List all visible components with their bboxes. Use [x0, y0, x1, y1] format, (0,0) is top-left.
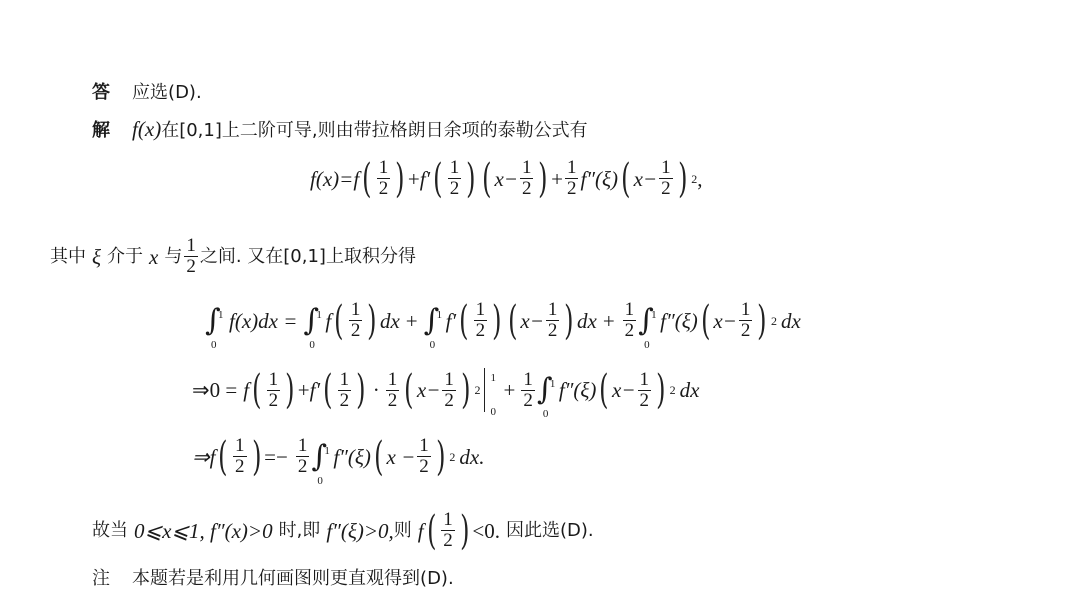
dx: dx [680, 378, 700, 402]
dx: dx [380, 309, 400, 333]
paren-close: ) [539, 159, 548, 199]
exponent: 2 [474, 378, 480, 402]
fraction-half: 12 [184, 236, 198, 277]
numerator: 1 [377, 158, 391, 179]
note-line: 注 本题若是利用几何画图则更直观得到(D). [92, 566, 454, 591]
integral-equation: ∫10 f(x)dx = ∫10 f ( 12 ) dx + ∫10 f′ ( … [205, 300, 801, 341]
fraction-half: 12 [296, 436, 310, 477]
upper-limit: 1 [324, 436, 330, 466]
paren-close: ) [757, 301, 766, 341]
upper-limit: 1 [651, 300, 657, 330]
dx: dx [781, 309, 801, 333]
fraction-half: 12 [267, 370, 281, 411]
x-minus: x− [634, 167, 658, 191]
denominator: 2 [546, 321, 560, 341]
paren-close: ) [460, 511, 469, 551]
lhs-integrand: f(x)dx = [229, 309, 297, 333]
denominator: 2 [417, 457, 431, 477]
solution-intro-text: 在[0,1]上二阶可导,则由带拉格朗日余项的泰勒公式有 [161, 120, 587, 141]
numerator: 1 [565, 158, 579, 179]
plus: + [551, 167, 563, 191]
denominator: 2 [377, 179, 391, 199]
paren-open: ( [374, 437, 383, 477]
upper-limit: 1 [490, 366, 496, 390]
fraction-half: 12 [417, 436, 431, 477]
numerator: 1 [386, 370, 400, 391]
denominator: 2 [739, 321, 753, 341]
paren-open: ( [427, 511, 436, 551]
numerator: 1 [474, 300, 488, 321]
lower-limit: 0 [317, 466, 323, 496]
fraction-half: 12 [448, 158, 462, 199]
numerator: 1 [448, 158, 462, 179]
paren-close: ) [356, 370, 365, 410]
exponent: 2 [449, 445, 455, 469]
denominator: 2 [184, 257, 198, 277]
numerator: 1 [338, 370, 352, 391]
text-ze: 则 [394, 519, 412, 543]
numerator: 1 [442, 370, 456, 391]
numerator: 1 [521, 370, 535, 391]
fraction-half: 12 [521, 370, 535, 411]
paren-open: ( [701, 301, 710, 341]
fdouble-xi: f″(ξ) [660, 309, 698, 333]
paren-open: ( [404, 370, 413, 410]
x-minus: x− [520, 309, 544, 333]
paren-close: ) [367, 301, 376, 341]
fraction-half: 12 [474, 300, 488, 341]
fprime-symbol: f′ [446, 309, 456, 333]
fraction-half: 12 [623, 300, 637, 341]
lower-limit: 0 [211, 330, 217, 360]
lower-limit: 0 [430, 330, 436, 360]
numerator: 1 [623, 300, 637, 321]
implies-line-2: ⇒f ( 12 ) =− 12 ∫10 f″(ξ) ( x − 12 )2 dx… [192, 436, 484, 477]
taylor-lhs: f(x)= [310, 167, 353, 191]
lower-limit: 0 [644, 330, 650, 360]
denominator: 2 [386, 391, 400, 411]
x-minus: x− [417, 378, 441, 402]
comma: , [697, 167, 702, 191]
numerator: 1 [417, 436, 431, 457]
answer-line: 答 应选(D). [92, 80, 202, 105]
paren-close: ) [436, 437, 445, 477]
numerator: 1 [739, 300, 753, 321]
solution-intro: 解 f(x)在[0,1]上二阶可导,则由带拉格朗日余项的泰勒公式有 [92, 117, 588, 143]
numerator: 1 [546, 300, 560, 321]
denominator: 2 [448, 179, 462, 199]
plus: + [406, 309, 418, 333]
upper-limit: 1 [218, 300, 224, 330]
numerator: 1 [296, 436, 310, 457]
fdouble-xi: f″(ξ) [333, 445, 371, 469]
numerator: 1 [349, 300, 363, 321]
text-qizhong: 其中 [50, 245, 86, 269]
denominator: 2 [623, 321, 637, 341]
integral-sign: ∫10 [311, 442, 329, 472]
taylor-formula: f(x)= f ( 12 ) + f′ ( 12 ) ( x− 12 ) + 1… [310, 158, 702, 199]
x-minus: x− [713, 309, 737, 333]
plus: + [298, 378, 310, 402]
integral-sign: ∫10 [303, 306, 321, 336]
dx: dx [577, 309, 597, 333]
fdouble-xi: f″(ξ) [559, 378, 597, 402]
text-choose-d: 因此选(D). [506, 519, 594, 543]
fraction-half: 12 [520, 158, 534, 199]
f-symbol: f [243, 378, 249, 402]
upper-limit: 1 [437, 300, 443, 330]
paren-open: ( [219, 437, 228, 477]
numerator: 1 [659, 158, 673, 179]
dot: · [373, 378, 380, 402]
paren-close: ) [656, 370, 665, 410]
text-gudang: 故当 [92, 519, 128, 543]
fraction-half: 12 [386, 370, 400, 411]
fraction-half: 12 [546, 300, 560, 341]
fraction-half: 12 [338, 370, 352, 411]
integral-sign: ∫10 [638, 306, 656, 336]
denominator: 2 [441, 531, 455, 551]
paren-close: ) [678, 159, 687, 199]
denominator: 2 [233, 457, 247, 477]
fraction-half: 12 [441, 510, 455, 551]
integral-sign: ∫10 [205, 306, 223, 336]
fprime-symbol: f′ [420, 167, 430, 191]
paren-open: ( [323, 370, 332, 410]
answer-text: 应选(D). [132, 82, 202, 103]
exponent: 2 [670, 378, 676, 402]
fdouble-xi: f″(ξ) [580, 167, 618, 191]
paren-open: ( [459, 301, 468, 341]
exponent: 2 [771, 309, 777, 333]
denominator: 2 [659, 179, 673, 199]
denominator: 2 [349, 321, 363, 341]
paren-open: ( [433, 159, 442, 199]
denominator: 2 [296, 457, 310, 477]
conclusion-line: 故当 0⩽x⩽1, f″(x)>0 时,即 f″(ξ)>0, 则 f ( 12 … [92, 510, 594, 551]
paren-close: ) [285, 370, 294, 410]
paren-close: ) [466, 159, 475, 199]
x-symbol: x [149, 245, 158, 269]
f-symbol: f [353, 167, 359, 191]
denominator: 2 [565, 179, 579, 199]
paren-close: ) [395, 159, 404, 199]
integral-sign: ∫10 [424, 306, 442, 336]
plus: + [408, 167, 420, 191]
implies-zero: ⇒0 = [192, 378, 237, 402]
note-label: 注 [92, 568, 110, 589]
paren-open: ( [621, 159, 630, 199]
lower-limit: 0 [309, 330, 315, 360]
paren-open: ( [334, 301, 343, 341]
denominator: 2 [474, 321, 488, 341]
text-jieyu: 介于 [107, 245, 143, 269]
fprime-symbol: f′ [310, 378, 320, 402]
fraction-half: 12 [659, 158, 673, 199]
numerator: 1 [520, 158, 534, 179]
note-text: 本题若是利用几何画图则更直观得到(D). [132, 568, 454, 589]
x-minus: x− [612, 378, 636, 402]
denominator: 2 [267, 391, 281, 411]
fraction-half: 12 [233, 436, 247, 477]
paren-close: ) [461, 370, 470, 410]
text-integrate: 之间. 又在[0,1]上取积分得 [200, 245, 416, 269]
numerator: 1 [638, 370, 652, 391]
fraction-half: 12 [377, 158, 391, 199]
paren-open: ( [600, 370, 609, 410]
upper-limit: 1 [550, 369, 556, 399]
fraction-half: 12 [638, 370, 652, 411]
numerator: 1 [184, 236, 198, 257]
x-minus: x − [387, 445, 416, 469]
paren-close: ) [565, 301, 574, 341]
f-symbol: f [418, 519, 424, 543]
answer-label: 答 [92, 82, 110, 103]
fraction-half: 12 [739, 300, 753, 341]
paren-open: ( [252, 370, 261, 410]
f-symbol: f [325, 309, 331, 333]
dx: dx. [459, 445, 484, 469]
denominator: 2 [521, 391, 535, 411]
less-than-zero: <0. [472, 519, 500, 543]
implies-line-1: ⇒0 = f ( 12 ) + f′ ( 12 ) · 12 ( x− 12 )… [192, 368, 699, 412]
x-minus: x− [494, 167, 518, 191]
plus: + [603, 309, 615, 333]
paren-open: ( [508, 301, 517, 341]
xi-between-line: 其中 ξ 介于 x 与 12 之间. 又在[0,1]上取积分得 [50, 236, 416, 277]
paren-open: ( [482, 159, 491, 199]
denominator: 2 [638, 391, 652, 411]
denominator: 2 [520, 179, 534, 199]
denominator: 2 [338, 391, 352, 411]
text-shi: 时,即 [279, 519, 321, 543]
lower-limit: 0 [490, 400, 496, 424]
integral-sign: ∫10 [537, 375, 555, 405]
inequality-condition: 0⩽x⩽1, f″(x)>0 [134, 519, 273, 543]
fraction-half: 12 [349, 300, 363, 341]
equals-minus: =− [264, 445, 288, 469]
fraction-half: 12 [442, 370, 456, 411]
numerator: 1 [233, 436, 247, 457]
lower-limit: 0 [543, 399, 549, 429]
denominator: 2 [442, 391, 456, 411]
paren-close: ) [252, 437, 261, 477]
fraction-half: 12 [565, 158, 579, 199]
solution-label: 解 [92, 120, 110, 141]
implies-f: ⇒f [192, 445, 215, 469]
paren-close: ) [492, 301, 501, 341]
numerator: 1 [441, 510, 455, 531]
xi-symbol: ξ [92, 245, 101, 269]
fx-symbol: f(x) [132, 117, 161, 141]
plus: + [503, 378, 515, 402]
evaluation-bar: 10 [484, 368, 499, 412]
text-yu: 与 [164, 245, 182, 269]
upper-limit: 1 [316, 300, 322, 330]
numerator: 1 [267, 370, 281, 391]
paren-open: ( [362, 159, 371, 199]
inequality-xi: f″(ξ)>0, [326, 519, 393, 543]
